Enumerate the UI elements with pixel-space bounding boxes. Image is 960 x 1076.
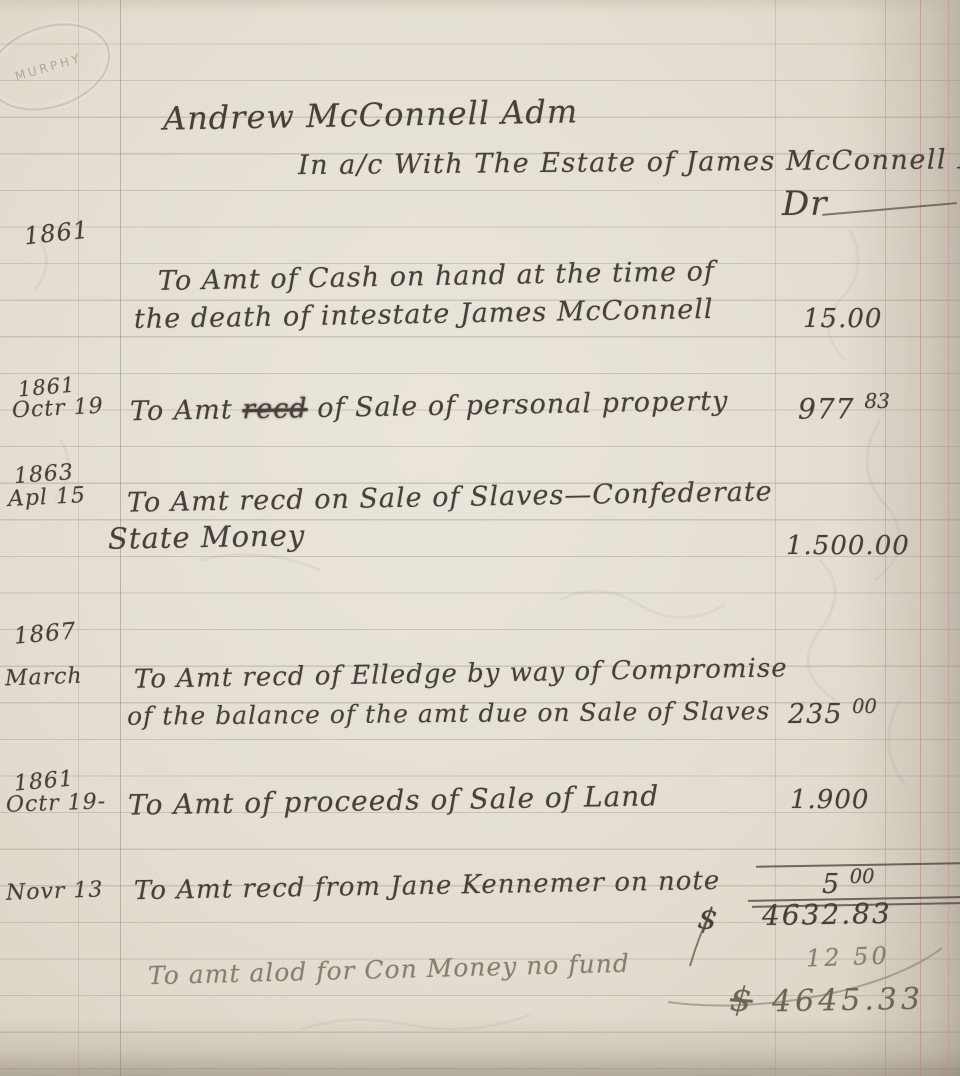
grand-total-currency-symbol: $ (729, 981, 754, 1020)
debit-flourish-stroke (822, 202, 957, 216)
subtotal-amount: 4632.83 (762, 899, 892, 932)
entry-year: 1861 (23, 217, 90, 250)
ledger-page: MURPHY Andrew McConnell Adm In a/c With … (0, 0, 960, 1076)
entry-text-prefix: To Amt (130, 394, 233, 427)
amount-cents: 83 (864, 389, 890, 413)
amount-dollars: 977 (798, 392, 854, 425)
header-administrator: Andrew McConnell Adm (163, 94, 579, 136)
header-account-line: In a/c With The Estate of James McConnel… (298, 145, 960, 181)
entry-amount: 1.900 (790, 786, 869, 815)
entry-date: March (5, 665, 83, 692)
entry-text: To Amt of Cash on hand at the time of (158, 257, 715, 296)
entry-text: To Amt recd on Sale of Slaves—Confederat… (127, 477, 773, 518)
entry-text: the death of intestate James McConnell (134, 295, 714, 335)
debit-label: Dr (782, 186, 828, 223)
entry-date: Novr 13 (6, 878, 104, 906)
embossed-seal-text: MURPHY (14, 51, 84, 83)
entry-amount: 1.500.00 (786, 532, 910, 561)
entry-text: To Amt recd from Jane Kennemer on note (134, 867, 721, 906)
entry-text-struck-word: recd (242, 393, 308, 425)
entry-text: To Amt recd of Sale of personal property (130, 387, 729, 427)
embossed-seal: MURPHY (0, 9, 122, 126)
entry-text: State Money (108, 520, 306, 555)
amount-dollars: 235 (788, 699, 843, 730)
entry-year: 1867 (13, 619, 78, 650)
allowance-amount: 12 50 (806, 943, 891, 972)
margin-line (78, 0, 79, 1076)
entry-text: To Amt recd of Elledge by way of Comprom… (134, 654, 788, 694)
amount-dollars: 5 (822, 869, 840, 900)
entry-amount: 977 83 (798, 390, 890, 425)
entry-text: of the balance of the amt due on Sale of… (127, 697, 770, 730)
entry-amount: 5 00 (822, 866, 875, 900)
entry-date: Octr 19 (11, 395, 104, 424)
allowance-text: To amt alod for Con Money no fund (148, 950, 630, 990)
subtotal-currency-symbol: $ (696, 902, 720, 937)
entry-date: Octr 19- (6, 790, 107, 818)
amount-cents: 00 (850, 865, 875, 888)
entry-text-rest: of Sale of personal property (317, 386, 729, 424)
entry-amount: 15.00 (803, 305, 882, 334)
entry-text: To Amt of proceeds of Sale of Land (128, 781, 660, 821)
entry-amount: 235 00 (788, 696, 877, 730)
grand-total-amount: 4645.33 (772, 983, 925, 1019)
amount-cents: 00 (852, 695, 877, 718)
entry-date: Apl 15 (7, 484, 86, 512)
